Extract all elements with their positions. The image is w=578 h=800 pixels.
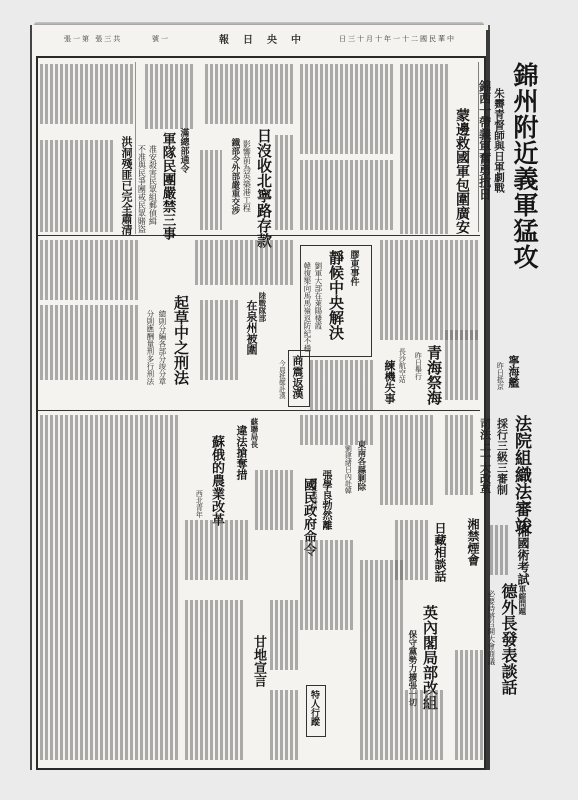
sub-minju-3: 不准與民爭團戒民眾賭盜 — [137, 145, 145, 233]
sub-fayuan-2: 司法上一大改革 — [479, 418, 491, 495]
sub-jiaodong-3: 韓復榘向馬馬嶺返防紀不穩 — [303, 262, 311, 352]
sub-rimei-1: 影響前為英築港工程 — [242, 140, 250, 212]
sub-qiangfa: 蘇聯局長 — [250, 418, 258, 448]
sub-quanzhou: 陸戰隊部 — [258, 292, 266, 322]
headline-qiangfa: 違法搶奪措 — [236, 425, 247, 480]
sub-qinghai: 昨日舉行 — [414, 352, 421, 380]
sub-jiaodong-1: 膠東事件 — [348, 250, 357, 286]
headline-shangzhen: 商震返漢 — [292, 355, 303, 399]
headline-jiaodong: 靜候中央解決 — [328, 250, 343, 340]
sub-dewai-2: 必要時將召開大會商議 — [487, 590, 495, 665]
sub-caocao-1: 總則分編各部分竣分章 — [158, 310, 166, 385]
headline-fayuan: 法院組織法審竣 — [512, 415, 529, 534]
sub-jiaodong-2: 劉軍大部在萊陽棲霞 — [314, 262, 322, 330]
issue-info: 號一 — [152, 34, 170, 44]
sub-nongye: 西北青年 — [195, 490, 202, 518]
headline-xiangjin: 湘禁煙會 — [467, 518, 479, 566]
headline-rimei: 日沒收北寧路存款 — [256, 128, 271, 248]
headline-mengbian: 蒙邊救國軍包圍廣安 — [455, 108, 469, 234]
headline-nongye: 蘇俄的農業改革 — [210, 435, 223, 526]
masthead: 張一第 張三共 號一 報日央中 日三十月十年一十二國民華中 — [34, 30, 482, 46]
sub-fayuan-1: 採行三級三審制 — [496, 418, 508, 495]
sub-dongnan: 劉建緒日內赴韓 — [344, 445, 351, 494]
headline-ninghai: 寧海艦 — [508, 355, 519, 388]
sub-ninghai: 昨日抵京 — [496, 362, 503, 390]
sub-caocao-2: 分則應酬量刑多行刑法 — [146, 310, 154, 385]
sheet-info: 張一第 張三共 — [64, 34, 122, 44]
sub-minju-1: 滿總部通令 — [178, 128, 187, 173]
sub-shibai: 長沙航空站 — [398, 348, 405, 383]
headline-tebie: 特人行蹤 — [309, 690, 318, 726]
newspaper-title: 報日央中 — [219, 31, 315, 46]
headline-jinzhou: 錦州附近義軍猛攻 — [512, 62, 537, 270]
headline-quanzhou: 在泉州被圍 — [246, 300, 257, 355]
headline-qinghai: 青海祭海 — [426, 345, 441, 405]
headline-shibai: 練機失事 — [384, 360, 395, 404]
sub-jinzhou-1: 朱霽青督師與日軍劇戰 — [493, 88, 504, 193]
headline-gandi: 甘地宣言 — [252, 635, 265, 687]
headline-rizang: 日藏相談話 — [434, 522, 446, 582]
sub-shangzhen: 今晨抵鄭赴漢 — [278, 360, 285, 399]
issue-date: 日三十月十年一十二國民華中 — [339, 34, 456, 44]
sub-jinzhou-2: 錦西一帶義軍奮勇抗日 — [478, 80, 491, 200]
headline-dewai: 德外長發表談話 — [500, 583, 516, 695]
headline-minju: 軍隊民團嚴禁三事 — [160, 132, 174, 240]
headline-hongtong: 洪洞殘匪已完全肅清 — [121, 136, 132, 235]
sub-dewai-1: 軍縮問題 — [518, 585, 526, 615]
sub-rimei-2: 鐵部令外部嚴重交涉 — [230, 138, 239, 215]
sub-minju-2: 准安殺害民眾組郵偵緝 — [148, 145, 156, 225]
headline-xiangguo: 湘國術考試 — [517, 525, 529, 585]
headline-zhangxueliang: 張學良勃然離 — [320, 470, 330, 530]
headline-dongnan: 東南各縣剿除 — [356, 440, 365, 491]
headline-caocao: 起草中之刑法 — [173, 295, 188, 385]
